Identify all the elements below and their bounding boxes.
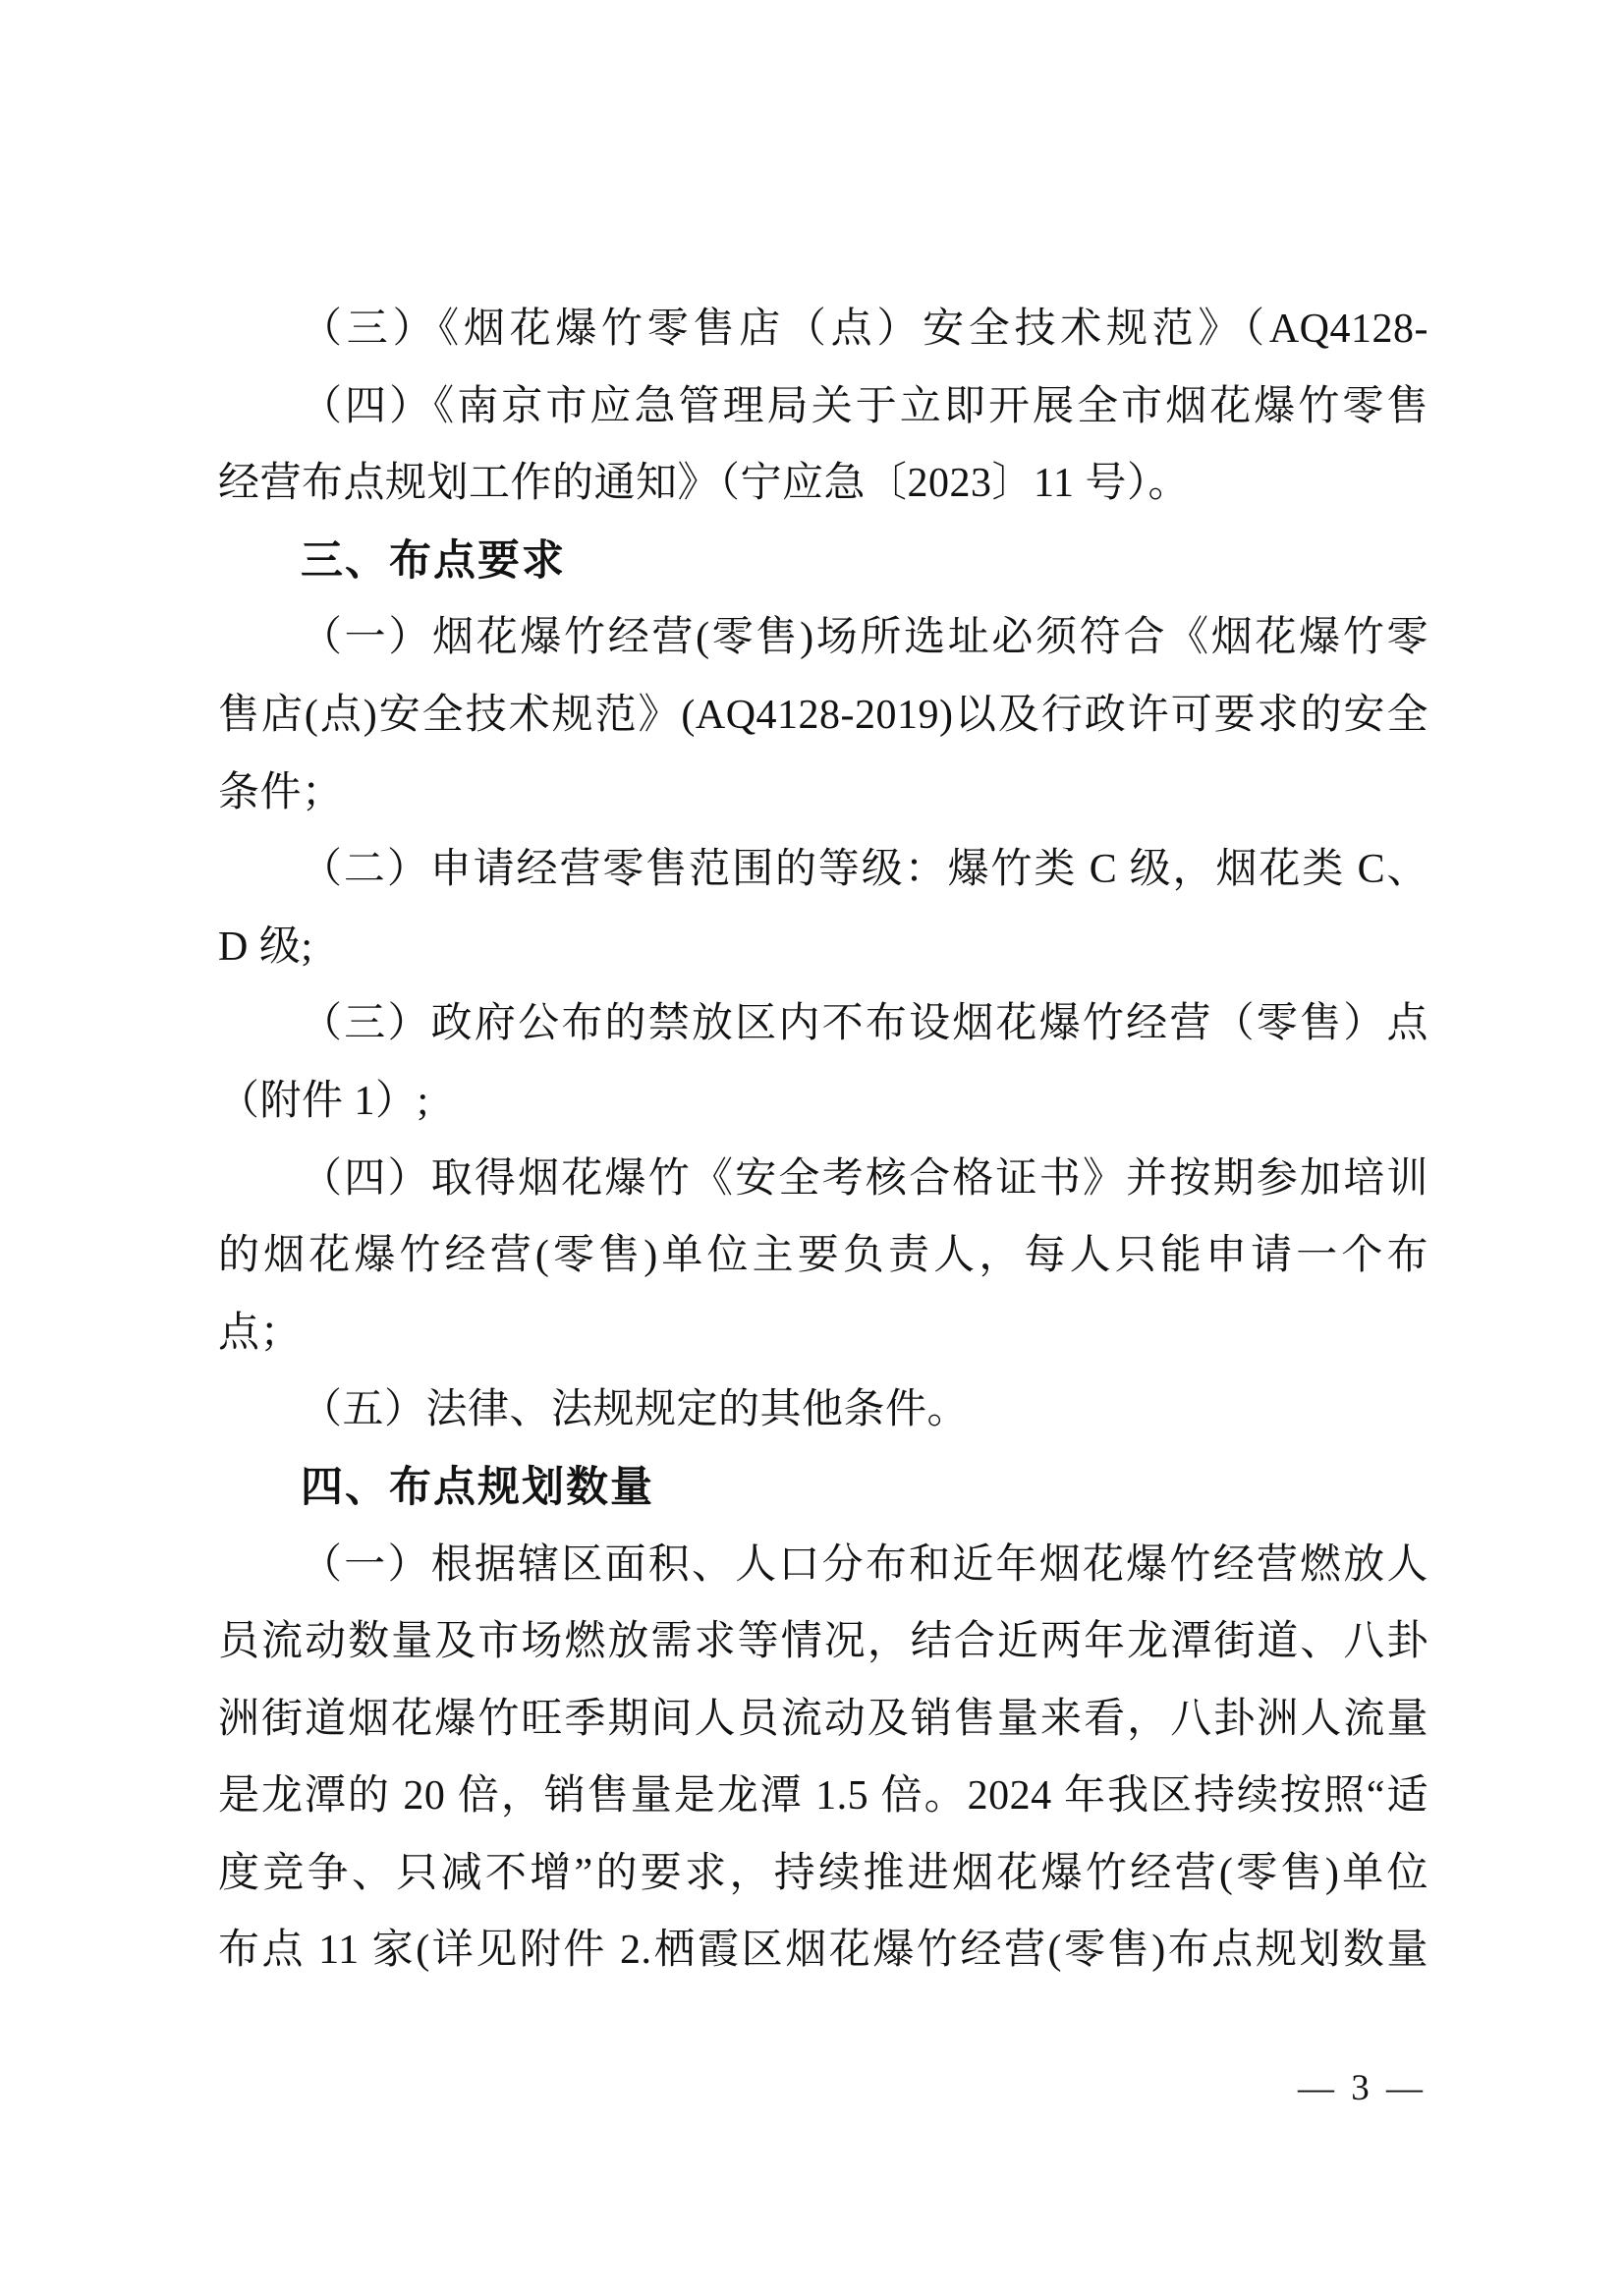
text-line: 是龙潭的 20 倍，销售量是龙潭 1.5 倍。2024 年我区持续按照“适: [218, 1758, 1428, 1835]
section-heading: 四、布点规划数量: [218, 1449, 1428, 1527]
text-line: 条件；: [218, 755, 1428, 832]
text-line: （五）法律、法规规定的其他条件。: [218, 1372, 1428, 1449]
document-page: （三）《烟花爆竹零售店（点）安全技术规范》（AQ4128-2019）（四）《南京…: [0, 0, 1623, 2296]
text-line: （四）《南京市应急管理局关于立即开展全市烟花爆竹零售: [218, 368, 1428, 446]
text-line: 点；: [218, 1295, 1428, 1372]
section-heading: 三、布点要求: [218, 523, 1428, 600]
text-line: D 级;: [218, 909, 1428, 986]
text-line: （四）取得烟花爆竹《安全考核合格证书》并按期参加培训: [218, 1141, 1428, 1218]
text-line: 的烟花爆竹经营(零售)单位主要负责人，每人只能申请一个布: [218, 1217, 1428, 1295]
text-line: 员流动数量及市场燃放需求等情况，结合近两年龙潭街道、八卦: [218, 1603, 1428, 1681]
text-line: （三）《烟花爆竹零售店（点）安全技术规范》（AQ4128-2019）: [218, 291, 1428, 368]
text-line: （二）申请经营零售范围的等级：爆竹类 C 级，烟花类 C、: [218, 831, 1428, 909]
document-body: （三）《烟花爆竹零售店（点）安全技术规范》（AQ4128-2019）（四）《南京…: [218, 291, 1428, 1989]
text-line: 售店(点)安全技术规范》(AQ4128-2019)以及行政许可要求的安全: [218, 677, 1428, 755]
text-line: （一）根据辖区面积、人口分布和近年烟花爆竹经营燃放人: [218, 1527, 1428, 1604]
page-number: — 3 —: [1298, 2068, 1427, 2108]
text-line: 度竞争、只减不增”的要求，持续推进烟花爆竹经营(零售)单位: [218, 1835, 1428, 1913]
text-line: 洲街道烟花爆竹旺季期间人员流动及销售量来看，八卦洲人流量: [218, 1681, 1428, 1759]
text-line: （附件 1）;: [218, 1063, 1428, 1141]
text-line: （三）政府公布的禁放区内不布设烟花爆竹经营（零售）点: [218, 985, 1428, 1063]
page-footer: — 3 —: [1298, 2067, 1427, 2110]
text-line: 经营布点规划工作的通知》（宁应急〔2023〕11 号）。: [218, 445, 1428, 523]
text-line: （一）烟花爆竹经营(零售)场所选址必须符合《烟花爆竹零: [218, 599, 1428, 677]
text-line: 布点 11 家(详见附件 2.栖霞区烟花爆竹经营(零售)布点规划数量: [218, 1912, 1428, 1989]
